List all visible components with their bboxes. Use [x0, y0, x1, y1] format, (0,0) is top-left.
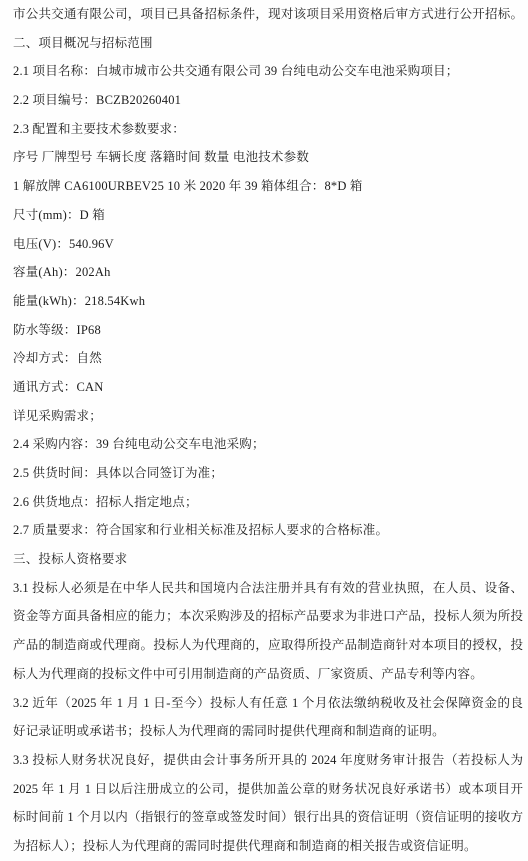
text-line: 2.4 采购内容：39 台纯电动公交车电池采购； [13, 430, 523, 459]
text-line: 电压(V)：540.96V [13, 230, 523, 259]
text-line: 2.2 项目编号：BCZB20260401 [13, 86, 523, 115]
text-line: 容量(Ah)：202Ah [13, 258, 523, 287]
text-line: 3.2 近年（2025 年 1 月 1 日-至今）投标人有任意 1 个月依法缴纳… [13, 689, 523, 718]
text-line: 2.6 供货地点：招标人指定地点； [13, 488, 523, 517]
text-line: 2.3 配置和主要技术参数要求： [13, 115, 523, 144]
text-line: 3.1 投标人必须是在中华人民共和国境内合法注册并具有有效的营业执照，在人员、设… [13, 574, 523, 603]
text-line: 防水等级：IP68 [13, 316, 523, 345]
text-line: 详见采购需求； [13, 402, 523, 431]
text-line: 能量(kWh)：218.54Kwh [13, 287, 523, 316]
text-line: 二、项目概况与招标范围 [13, 29, 523, 58]
text-line: 通讯方式：CAN [13, 373, 523, 402]
text-line: 标人为代理商的投标文件中可引用制造商的产品资质、厂家资质、产品专利等内容。 [13, 660, 523, 689]
text-line: 2025 年 1 月 1 日以后注册成立的公司，提供加盖公章的财务状况良好承诺书… [13, 775, 523, 804]
text-line: 2.5 供货时间：具体以合同签订为准； [13, 459, 523, 488]
text-line: 资金等方面具备相应的能力；本次采购涉及的招标产品要求为非进口产品，投标人须为所投 [13, 602, 523, 631]
text-line: 三、投标人资格要求 [13, 545, 523, 574]
text-line: 1 解放牌 CA6100URBEV25 10 米 2020 年 39 箱体组合：… [13, 172, 523, 201]
text-line: 市公共交通有限公司，项目已具备招标条件，现对该项目采用资格后审方式进行公开招标。 [13, 0, 523, 29]
text-line: 产品的制造商或代理商。投标人为代理商的，应取得所投产品制造商针对本项目的授权，投 [13, 631, 523, 660]
text-line: 2.7 质量要求：符合国家和行业相关标准及招标人要求的合格标准。 [13, 516, 523, 545]
text-line: 3.3 投标人财务状况良好，提供由会计事务所开具的 2024 年度财务审计报告（… [13, 746, 523, 775]
document-page: 市公共交通有限公司，项目已具备招标条件，现对该项目采用资格后审方式进行公开招标。… [0, 0, 528, 861]
text-line: 标时间前 1 个月以内（指银行的签章或签发时间）银行出具的资信证明（资信证明的接… [13, 803, 523, 832]
text-line: 冷却方式：自然 [13, 344, 523, 373]
text-line: 为招标人）；投标人为代理商的需同时提供代理商和制造商的相关报告或资信证明。 [13, 832, 523, 861]
text-line: 尺寸(mm)：D 箱 [13, 201, 523, 230]
text-line: 序号 厂牌型号 车辆长度 落籍时间 数量 电池技术参数 [13, 143, 523, 172]
text-line: 2.1 项目名称：白城市城市公共交通有限公司 39 台纯电动公交车电池采购项目； [13, 57, 523, 86]
text-line: 好记录证明或承诺书；投标人为代理商的需同时提供代理商和制造商的证明。 [13, 717, 523, 746]
